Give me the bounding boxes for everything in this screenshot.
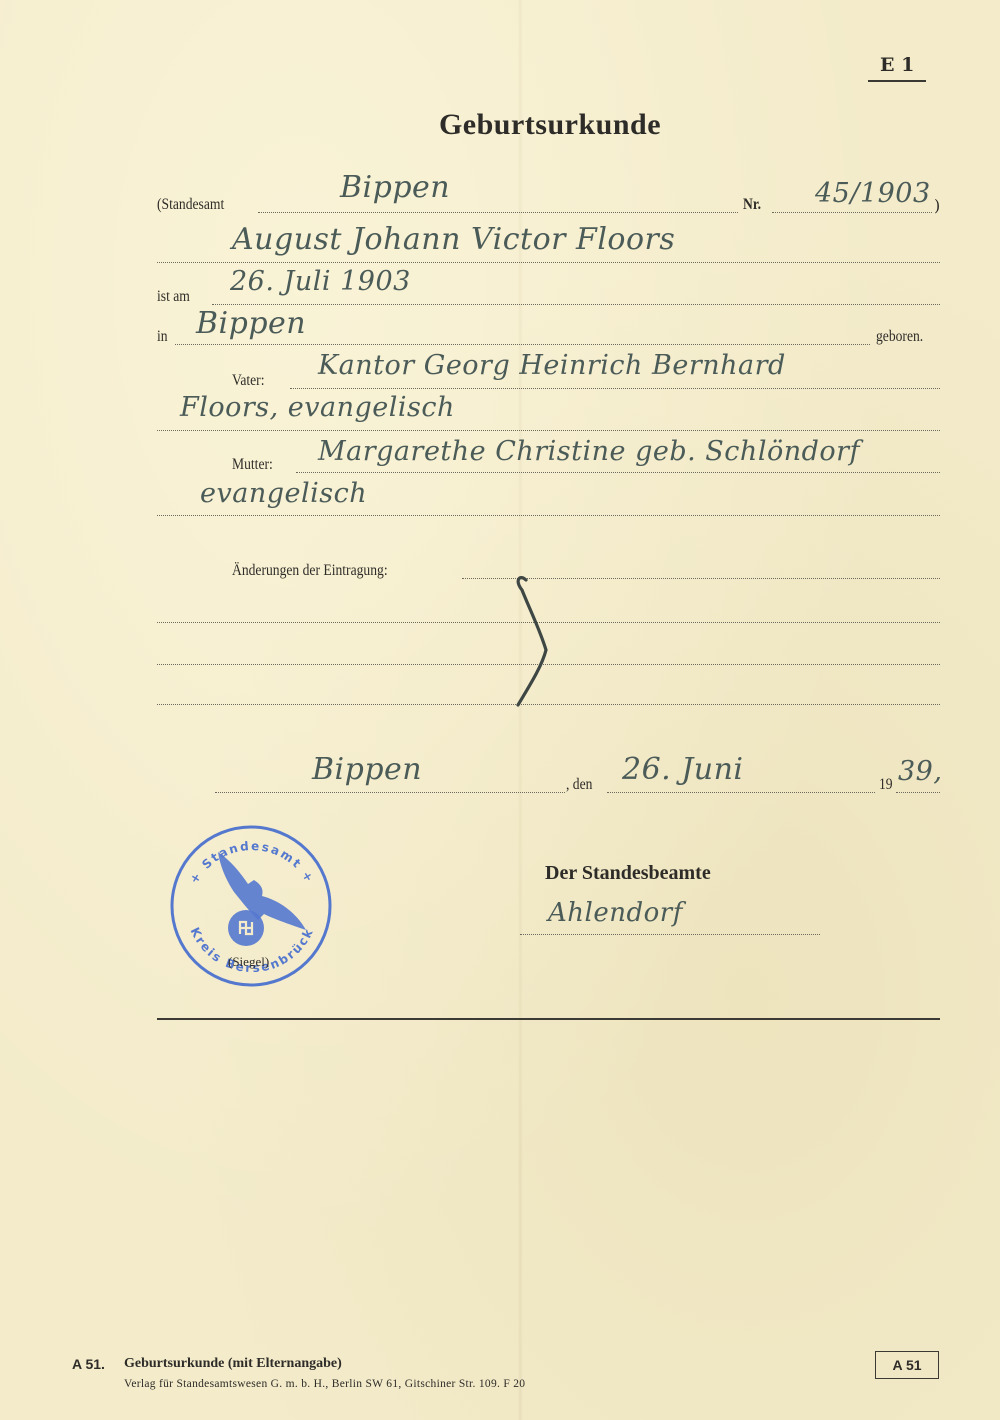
issue-year-suffix: 39, — [898, 756, 942, 787]
registry-office-label: (Standesamt — [157, 196, 224, 214]
seal-label: (Siegel) — [228, 954, 269, 970]
mother-value-line2: evangelisch — [200, 478, 367, 509]
official-seal-stamp: + Standesamt + Kreis Bersenbrück (Siegel… — [168, 822, 334, 990]
registry-office-value: Bippen — [340, 170, 450, 205]
changes-label: Änderungen der Eintragung: — [232, 562, 388, 580]
birth-place-value: Bippen — [196, 306, 306, 341]
birth-place-label: in — [157, 328, 168, 346]
issue-date-value: 26. Juni — [622, 752, 744, 787]
issue-den-label: , den — [566, 776, 592, 794]
name-line — [157, 262, 940, 263]
born-label: geboren. — [876, 328, 923, 346]
form-code: E 1 — [880, 54, 914, 76]
father-label: Vater: — [232, 372, 264, 390]
issue-year-line — [896, 792, 940, 793]
footer-form-title: Geburtsurkunde (mit Elternangabe) — [124, 1356, 342, 1372]
mother-value-line1: Margarethe Christine geb. Schlöndorf — [318, 436, 860, 467]
birth-date-label: ist am — [157, 288, 190, 306]
form-code-underline — [868, 80, 926, 82]
registry-number-value: 45/1903 — [815, 178, 931, 209]
birth-date-value: 26. Juli 1903 — [230, 266, 411, 297]
document-title: Geburtsurkunde — [0, 108, 1000, 142]
bottom-rule — [157, 1018, 940, 1020]
issue-place-line — [215, 792, 565, 793]
registry-closing-paren: ) — [934, 196, 940, 215]
signature-line — [520, 934, 820, 935]
father-line-1 — [290, 388, 940, 389]
mother-line-2 — [157, 515, 940, 516]
birth-date-line — [212, 304, 940, 305]
registry-office-line — [258, 212, 738, 213]
footer-form-box: A 51 — [875, 1351, 939, 1379]
father-value-line2: Floors, evangelisch — [180, 392, 455, 423]
footer-publisher: Verlag für Standesamtswesen G. m. b. H.,… — [124, 1378, 525, 1390]
issue-date-line — [607, 792, 875, 793]
registry-number-label: Nr. — [743, 196, 761, 214]
mother-label: Mutter: — [232, 456, 273, 474]
svg-text:+ Standesamt +: + Standesamt + — [187, 839, 317, 886]
cancel-stroke-mark — [500, 570, 580, 710]
issue-year-prefix: 19 — [879, 776, 893, 794]
registrar-title: Der Standesbeamte — [545, 862, 711, 885]
footer-form-code: A 51. — [72, 1356, 105, 1372]
issue-place-value: Bippen — [312, 752, 422, 787]
birth-place-line — [175, 344, 870, 345]
father-line-2 — [157, 430, 940, 431]
child-full-name: August Johann Victor Floors — [232, 222, 675, 257]
registrar-signature: Ahlendorf — [548, 898, 683, 928]
father-value-line1: Kantor Georg Heinrich Bernhard — [318, 350, 786, 381]
mother-line-1 — [296, 472, 940, 473]
registry-number-line — [772, 212, 932, 213]
